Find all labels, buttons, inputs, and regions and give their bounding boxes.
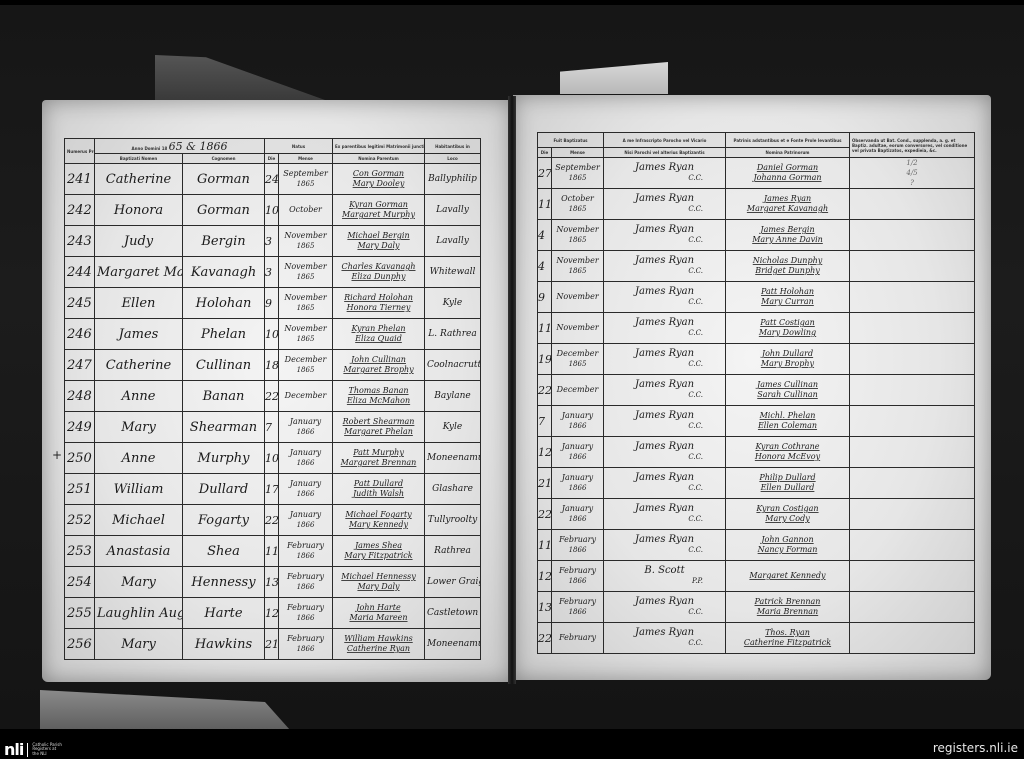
birth-month: October [281, 205, 330, 215]
residence: Tullyroolty [425, 505, 481, 536]
mother-name: Eliza Dunphy [335, 272, 422, 282]
entry-number: 243 [65, 226, 95, 257]
nli-logo-mark: nli [4, 740, 23, 759]
child-surname: Gorman [183, 164, 265, 195]
entry-number: 244 [65, 257, 95, 288]
baptism-day: 11 [538, 530, 552, 561]
sponsors-cell: Kyran CothraneHonora McEvoy [726, 437, 850, 468]
birth-month: January [281, 417, 330, 427]
child-surname: Holohan [183, 288, 265, 319]
residence: Baylane [425, 381, 481, 412]
parents-cell: Kyran GormanMargaret Murphy [333, 195, 425, 226]
child-surname: Harte [183, 598, 265, 629]
mother-name: Mary Kennedy [335, 520, 422, 530]
residence: Castletown [425, 598, 481, 629]
parents-cell: Michael FogartyMary Kennedy [333, 505, 425, 536]
baptism-day: 13 [538, 592, 552, 623]
birth-day: 3 [265, 226, 279, 257]
birth-day: 11 [265, 536, 279, 567]
birth-month-cell: November1865 [279, 288, 333, 319]
notes-cell [850, 220, 975, 251]
register-entry-row: 252MichaelFogarty22January1866Michael Fo… [65, 505, 481, 536]
minister-name: James Ryan [606, 194, 723, 204]
mother-name: Judith Walsh [335, 489, 422, 499]
baptism-year: 1866 [554, 607, 601, 617]
father-name: Kyran Gorman [335, 200, 422, 210]
birth-day: 13 [265, 567, 279, 598]
register-entry-row: 247CatherineCullinan18December1865John C… [65, 350, 481, 381]
child-name: Judy [95, 226, 183, 257]
entry-number: 253 [65, 536, 95, 567]
father-name: Michael Fogarty [335, 510, 422, 520]
mother-name: Margaret Phelan [335, 427, 422, 437]
minister-title: C.C. [606, 638, 723, 648]
col-mense: Mense [279, 154, 333, 164]
minister-title: C.C. [606, 421, 723, 431]
birth-day: 10 [265, 195, 279, 226]
mother-name: Margaret Brennan [335, 458, 422, 468]
birth-month-cell: November1865 [279, 319, 333, 350]
father-name: William Hawkins [335, 634, 422, 644]
baptism-register-left: Numerus Progressivus Anno Domini 18 65 &… [64, 138, 481, 660]
sponsor-2: Mary Curran [728, 297, 847, 307]
sponsor-2: Nancy Forman [728, 545, 847, 555]
register-entry-row: 22DecemberJames RyanC.C.James CullinanSa… [538, 375, 975, 406]
minister-title: C.C. [606, 483, 723, 493]
baptism-year: 1866 [554, 576, 601, 586]
sponsor-1: Patt Costigan [728, 318, 847, 328]
birth-day: 17 [265, 474, 279, 505]
sponsors-cell: Kyran CostiganMary Cody [726, 499, 850, 530]
notes-cell [850, 499, 975, 530]
baptism-year: 1866 [554, 545, 601, 555]
child-name: Margaret Mary [95, 257, 183, 288]
sponsor-2: Mary Brophy [728, 359, 847, 369]
nli-logo[interactable]: nli Catholic Parish Registers at the NLI [4, 740, 62, 759]
child-surname: Fogarty [183, 505, 265, 536]
col-die: Die [265, 154, 279, 164]
baptism-month-cell: February [552, 623, 604, 654]
birth-month-cell: January1866 [279, 412, 333, 443]
parents-cell: James SheaMary Fitzpatrick [333, 536, 425, 567]
father-name: Michael Bergin [335, 231, 422, 241]
father-name: Charles Kavanagh [335, 262, 422, 272]
mother-name: Margaret Murphy [335, 210, 422, 220]
residence: Lavally [425, 195, 481, 226]
register-entry-row: 11NovemberJames RyanC.C.Patt CostiganMar… [538, 313, 975, 344]
father-name: Con Gorman [335, 169, 422, 179]
birth-month-cell: October [279, 195, 333, 226]
mother-name: Eliza McMahon [335, 396, 422, 406]
minister-cell: James RyanC.C. [604, 499, 726, 530]
entry-number: 256 [65, 629, 95, 660]
book-spine [508, 96, 516, 684]
sponsor-1: James Cullinan [728, 380, 847, 390]
birth-year: 1866 [281, 520, 330, 530]
father-name: Patt Dullard [335, 479, 422, 489]
child-name: James [95, 319, 183, 350]
birth-year: 1866 [281, 427, 330, 437]
father-name: John Cullinan [335, 355, 422, 365]
baptism-year: 1865 [554, 266, 601, 276]
child-name: Honora [95, 195, 183, 226]
birth-year: 1865 [281, 241, 330, 251]
sponsor-1: Kyran Costigan [728, 504, 847, 514]
father-name: Kyran Phelan [335, 324, 422, 334]
minister-name: James Ryan [606, 225, 723, 235]
site-url-link[interactable]: registers.nli.ie [933, 741, 1018, 755]
minister-title: C.C. [606, 607, 723, 617]
child-name: Laughlin Augustine [95, 598, 183, 629]
birth-month: February [281, 572, 330, 582]
entry-number: 255 [65, 598, 95, 629]
baptism-day: 11 [538, 189, 552, 220]
notes-cell [850, 251, 975, 282]
minister-cell: James RyanC.C. [604, 282, 726, 313]
birth-month-cell: January1866 [279, 505, 333, 536]
sponsor-1: Kyran Cothrane [728, 442, 847, 452]
baptism-year: 1865 [554, 359, 601, 369]
birth-day: 21 [265, 629, 279, 660]
birth-day: 24 [265, 164, 279, 195]
birth-year: 1865 [281, 179, 330, 189]
pencil-note: 1/2 [852, 158, 972, 168]
minister-name: James Ryan [606, 287, 723, 297]
sponsor-2: Catherine Fitzpatrick [728, 638, 847, 648]
mother-name: Mary Daly [335, 241, 422, 251]
register-entry-row: 21January1866James RyanC.C.Philip Dullar… [538, 468, 975, 499]
entry-number: 242 [65, 195, 95, 226]
entry-number: 245 [65, 288, 95, 319]
margin-cross-mark: + [52, 448, 62, 462]
sponsor-2: Margaret Kavanagh [728, 204, 847, 214]
baptism-month: November [554, 225, 601, 235]
parents-cell: Thomas BananEliza McMahon [333, 381, 425, 412]
mother-name: Honora Tierney [335, 303, 422, 313]
parents-cell: Con GormanMary Dooley [333, 164, 425, 195]
mother-name: Mary Fitzpatrick [335, 551, 422, 561]
parents-cell: Michael BerginMary Daly [333, 226, 425, 257]
baptism-year: 1865 [554, 204, 601, 214]
birth-month: November [281, 231, 330, 241]
minister-title: C.C. [606, 235, 723, 245]
baptism-day: 7 [538, 406, 552, 437]
birth-month-cell: February1866 [279, 629, 333, 660]
child-name: Anastasia [95, 536, 183, 567]
birth-month: January [281, 479, 330, 489]
baptism-month: November [554, 256, 601, 266]
child-name: Anne [95, 443, 183, 474]
parents-cell: Robert ShearmanMargaret Phelan [333, 412, 425, 443]
entry-number: 250 [65, 443, 95, 474]
birth-day: 22 [265, 505, 279, 536]
register-entry-row: 13February1866James RyanC.C.Patrick Bren… [538, 592, 975, 623]
register-entry-row: 4November1865James RyanC.C.James BerginM… [538, 220, 975, 251]
birth-day: 18 [265, 350, 279, 381]
notes-cell [850, 530, 975, 561]
col-natus: Natus [265, 139, 333, 154]
minister-cell: James RyanC.C. [604, 375, 726, 406]
father-name: Patt Murphy [335, 448, 422, 458]
logo-divider [27, 743, 28, 757]
child-name: Catherine [95, 164, 183, 195]
register-entry-row: 244Margaret MaryKavanagh3November1865Cha… [65, 257, 481, 288]
baptism-day: 12 [538, 561, 552, 592]
baptism-month-cell: January1866 [552, 499, 604, 530]
baptism-month-cell: February1866 [552, 530, 604, 561]
minister-name: James Ryan [606, 380, 723, 390]
minister-name: James Ryan [606, 442, 723, 452]
sponsors-cell: Philip DullardEllen Dullard [726, 468, 850, 499]
notes-cell [850, 282, 975, 313]
residence: Kyle [425, 412, 481, 443]
child-surname: Cullinan [183, 350, 265, 381]
register-entry-row: 4November1865James RyanC.C.Nicholas Dunp… [538, 251, 975, 282]
parents-cell: John HarteMaria Mareen [333, 598, 425, 629]
baptism-month: December [554, 385, 601, 395]
sponsor-2: Mary Dowling [728, 328, 847, 338]
notes-cell [850, 406, 975, 437]
child-name: Michael [95, 505, 183, 536]
father-name: Robert Shearman [335, 417, 422, 427]
birth-month-cell: November1865 [279, 257, 333, 288]
register-entry-row: 246JamesPhelan10November1865Kyran Phelan… [65, 319, 481, 350]
birth-month: December [281, 355, 330, 365]
minister-name: James Ryan [606, 504, 723, 514]
father-name: Richard Holohan [335, 293, 422, 303]
minister-cell: James RyanC.C. [604, 158, 726, 189]
baptism-day: 27 [538, 158, 552, 189]
register-entry-row: 242HonoraGorman10OctoberKyran GormanMarg… [65, 195, 481, 226]
child-name: Mary [95, 629, 183, 660]
minister-name: James Ryan [606, 163, 723, 173]
minister-name: B. Scott [606, 566, 723, 576]
mother-name: Catherine Ryan [335, 644, 422, 654]
minister-title: C.C. [606, 204, 723, 214]
baptism-month-cell: January1866 [552, 468, 604, 499]
notes-cell [850, 344, 975, 375]
birth-year: 1866 [281, 582, 330, 592]
baptism-year: 1865 [554, 173, 601, 183]
sponsors-cell: Thos. RyanCatherine Fitzpatrick [726, 623, 850, 654]
child-surname: Bergin [183, 226, 265, 257]
sponsors-cell: Michl. PhelanEllen Coleman [726, 406, 850, 437]
register-entry-row: 22January1866James RyanC.C.Kyran Costiga… [538, 499, 975, 530]
entry-number: 247 [65, 350, 95, 381]
birth-year: 1865 [281, 303, 330, 313]
baptism-month: February [554, 535, 601, 545]
minister-name: James Ryan [606, 256, 723, 266]
sponsor-2: Mary Anne Davin [728, 235, 847, 245]
residence: Coolnacrutta [425, 350, 481, 381]
notes-cell [850, 189, 975, 220]
minister-cell: James RyanC.C. [604, 437, 726, 468]
child-surname: Murphy [183, 443, 265, 474]
minister-title: C.C. [606, 390, 723, 400]
entry-number: 248 [65, 381, 95, 412]
birth-year: 1865 [281, 365, 330, 375]
col-habitantibus: Habitantibus in [425, 139, 481, 154]
minister-cell: James RyanC.C. [604, 623, 726, 654]
birth-year: 1865 [281, 272, 330, 282]
entry-number: 254 [65, 567, 95, 598]
baptism-month: January [554, 473, 601, 483]
child-surname: Hennessy [183, 567, 265, 598]
baptism-year: 1866 [554, 421, 601, 431]
birth-year: 1866 [281, 458, 330, 468]
minister-cell: James RyanC.C. [604, 592, 726, 623]
sponsors-cell: Daniel GormanJohanna Gorman [726, 158, 850, 189]
birth-month: September [281, 169, 330, 179]
register-entry-row: 253AnastasiaShea11February1866James Shea… [65, 536, 481, 567]
child-surname: Banan [183, 381, 265, 412]
col-minister: A me Infrascripto Parocho vel Vicario [604, 133, 726, 148]
child-surname: Shea [183, 536, 265, 567]
minister-title: C.C. [606, 452, 723, 462]
col-sponsors: Patrinis adstantibus et e Fonte Prole le… [726, 133, 850, 148]
sponsor-2: Sarah Cullinan [728, 390, 847, 400]
baptism-register-right: Fuit Baptizatus A me Infrascripto Paroch… [537, 132, 975, 654]
baptism-month-cell: December [552, 375, 604, 406]
parents-cell: John CullinanMargaret Brophy [333, 350, 425, 381]
minister-cell: James RyanC.C. [604, 468, 726, 499]
sponsor-1: John Dullard [728, 349, 847, 359]
baptism-month: February [554, 633, 601, 643]
birth-day: 10 [265, 319, 279, 350]
minister-cell: B. ScottP.P. [604, 561, 726, 592]
birth-month-cell: December [279, 381, 333, 412]
notes-cell [850, 561, 975, 592]
register-entry-row: 255Laughlin AugustineHarte12February1866… [65, 598, 481, 629]
baptism-month: January [554, 411, 601, 421]
mother-name: Maria Mareen [335, 613, 422, 623]
residence: Moneenamuck [425, 629, 481, 660]
col-minister-sub: Nisi Parochi vel alterius Baptizantis [604, 148, 726, 158]
baptism-month: October [554, 194, 601, 204]
child-surname: Shearman [183, 412, 265, 443]
birth-day: 9 [265, 288, 279, 319]
sponsor-2: Maria Brennan [728, 607, 847, 617]
parents-cell: Michael HennessyMary Daly [333, 567, 425, 598]
residence: Lower Graigue [425, 567, 481, 598]
baptism-day: 11 [538, 313, 552, 344]
birth-month-cell: February1866 [279, 536, 333, 567]
child-name: Ellen [95, 288, 183, 319]
residence: Ballyphilip [425, 164, 481, 195]
register-entry-row: 254MaryHennessy13February1866Michael Hen… [65, 567, 481, 598]
sponsors-cell: James RyanMargaret Kavanagh [726, 189, 850, 220]
sponsor-1: Michl. Phelan [728, 411, 847, 421]
sponsors-cell: Patt CostiganMary Dowling [726, 313, 850, 344]
notes-cell [850, 313, 975, 344]
minister-cell: James RyanC.C. [604, 313, 726, 344]
birth-month: February [281, 634, 330, 644]
sponsor-1: James Bergin [728, 225, 847, 235]
col-parentes: Ex parentibus legitimi Matrimonii juncti… [333, 139, 425, 154]
residence: Kyle [425, 288, 481, 319]
sponsor-1: James Ryan [728, 194, 847, 204]
col-mense: Mense [552, 148, 604, 158]
register-entry-row: 249MaryShearman7January1866Robert Shearm… [65, 412, 481, 443]
register-entry-row: 250AnneMurphy10January1866Patt MurphyMar… [65, 443, 481, 474]
sponsors-cell: Nicholas DunphyBridget Dunphy [726, 251, 850, 282]
register-entry-row: 243JudyBergin3November1865Michael Bergin… [65, 226, 481, 257]
residence: Glashare [425, 474, 481, 505]
baptism-day: 12 [538, 437, 552, 468]
child-name: Catherine [95, 350, 183, 381]
pencil-note: 4/5 [852, 168, 972, 178]
birth-month-cell: December1865 [279, 350, 333, 381]
birth-day: 10 [265, 443, 279, 474]
baptism-month-cell: December1865 [552, 344, 604, 375]
sponsors-cell: Patt HolohanMary Curran [726, 282, 850, 313]
baptism-month-cell: February1866 [552, 561, 604, 592]
notes-cell [850, 592, 975, 623]
sponsors-cell: James CullinanSarah Cullinan [726, 375, 850, 406]
sponsor-2: Ellen Coleman [728, 421, 847, 431]
child-surname: Phelan [183, 319, 265, 350]
register-entry-row: 241CatherineGorman24September1865Con Gor… [65, 164, 481, 195]
baptism-month-cell: November [552, 313, 604, 344]
parents-cell: William HawkinsCatherine Ryan [333, 629, 425, 660]
birth-month: January [281, 510, 330, 520]
birth-year: 1866 [281, 644, 330, 654]
baptism-month-cell: February1866 [552, 592, 604, 623]
sponsor-1: Patrick Brennan [728, 597, 847, 607]
parents-cell: Charles KavanaghEliza Dunphy [333, 257, 425, 288]
entry-number: 249 [65, 412, 95, 443]
child-name: Mary [95, 567, 183, 598]
child-name: Mary [95, 412, 183, 443]
register-entry-row: 256MaryHawkins21February1866William Hawk… [65, 629, 481, 660]
baptism-day: 22 [538, 623, 552, 654]
birth-month: November [281, 262, 330, 272]
birth-year: 1866 [281, 613, 330, 623]
mother-name: Mary Daly [335, 582, 422, 592]
residence: Rathrea [425, 536, 481, 567]
sponsors-cell: John DullardMary Brophy [726, 344, 850, 375]
birth-day: 22 [265, 381, 279, 412]
baptism-day: 22 [538, 499, 552, 530]
child-surname: Kavanagh [183, 257, 265, 288]
baptism-year: 1866 [554, 483, 601, 493]
baptism-day: 21 [538, 468, 552, 499]
child-name: William [95, 474, 183, 505]
register-entry-row: 251WilliamDullard17January1866Patt Dulla… [65, 474, 481, 505]
register-entry-row: 11February1866James RyanC.C.John GannonN… [538, 530, 975, 561]
baptism-day: 22 [538, 375, 552, 406]
entry-number: 251 [65, 474, 95, 505]
residence: Whitewall [425, 257, 481, 288]
sponsor-1: Nicholas Dunphy [728, 256, 847, 266]
parents-cell: Patt DullardJudith Walsh [333, 474, 425, 505]
year-header: Anno Domini 18 65 & 1866 [95, 139, 265, 154]
baptism-month-cell: September1865 [552, 158, 604, 189]
sponsors-cell: Margaret Kennedy [726, 561, 850, 592]
parents-cell: Patt MurphyMargaret Brennan [333, 443, 425, 474]
sponsor-2: Johanna Gorman [728, 173, 847, 183]
mother-name: Eliza Quaid [335, 334, 422, 344]
minister-title: P.P. [606, 576, 723, 586]
notes-cell [850, 437, 975, 468]
baptism-month-cell: January1866 [552, 406, 604, 437]
birth-day: 12 [265, 598, 279, 629]
birth-year: 1865 [281, 334, 330, 344]
birth-month-cell: January1866 [279, 474, 333, 505]
notes-cell [850, 375, 975, 406]
baptism-day: 4 [538, 251, 552, 282]
birth-year: 1866 [281, 489, 330, 499]
